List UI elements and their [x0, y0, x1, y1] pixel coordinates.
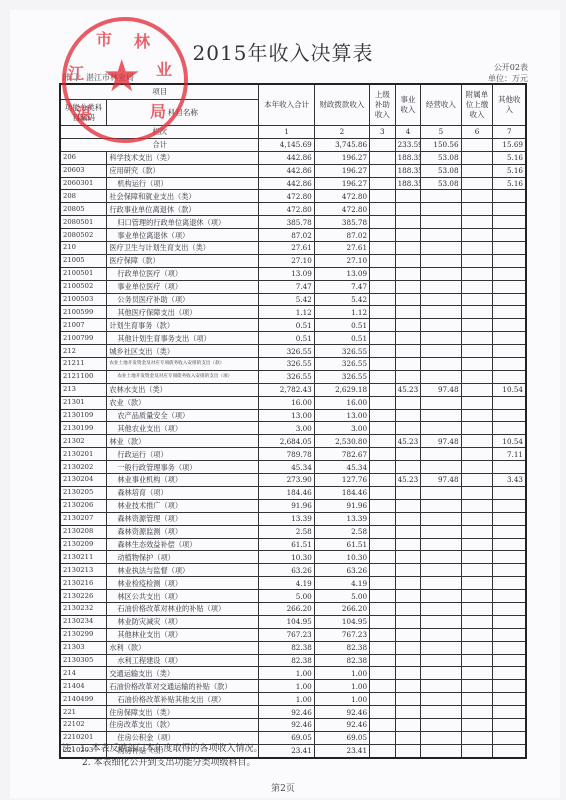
row-value-col4	[395, 590, 421, 603]
row-value-col7	[493, 422, 526, 435]
row-value-col1: 472.80	[259, 190, 314, 203]
row-value-col1: 1.00	[259, 667, 314, 680]
row-value-col5	[421, 203, 461, 216]
column-index-label: 栏次	[60, 126, 259, 139]
row-value-col1: 472.80	[259, 203, 314, 216]
row-code: 2130305	[60, 654, 107, 667]
row-value-col6	[461, 718, 493, 731]
row-value-col4	[395, 280, 421, 293]
table-row: 20603应用研究（款）442.86196.27188.3553.085.16	[60, 164, 526, 177]
table-row: 221住房保障支出（类）92.4692.46	[60, 706, 526, 719]
row-value-col7	[493, 551, 526, 564]
row-value-col5: 53.08	[421, 151, 461, 164]
table-row: 2100502事业单位医疗（项）7.477.47	[60, 280, 526, 293]
row-value-col3	[370, 577, 396, 590]
row-value-col7: 5.16	[493, 151, 526, 164]
row-code: 2100799	[60, 332, 107, 345]
row-value-col7	[493, 641, 526, 654]
row-value-col7	[493, 512, 526, 525]
row-value-col3	[370, 396, 396, 409]
row-value-col6	[461, 319, 493, 332]
row-value-col1: 789.78	[259, 448, 314, 461]
row-value-col4	[395, 345, 421, 358]
total-row: 合计 4,145.69 3,745.86 233.59 150.56 15.69	[60, 138, 526, 151]
row-name: 森林生态效益补偿（项）	[107, 538, 259, 551]
row-value-col2: 27.61	[314, 242, 369, 255]
row-name: 动植物保护（项）	[107, 551, 259, 564]
row-value-col3	[370, 602, 396, 615]
row-value-col3	[370, 383, 396, 396]
row-value-col5	[421, 229, 461, 242]
row-name: 林业检疫检测（项）	[107, 577, 259, 590]
row-code: 2130202	[60, 461, 107, 474]
row-value-col4	[395, 602, 421, 615]
row-code: 210	[60, 242, 107, 255]
row-code: 21301	[60, 396, 107, 409]
row-code: 221	[60, 706, 107, 719]
row-value-col5	[421, 461, 461, 474]
row-value-col3	[370, 345, 396, 358]
row-value-col2: 472.80	[314, 190, 369, 203]
row-value-col4	[395, 680, 421, 693]
row-value-col5	[421, 654, 461, 667]
row-name: 住房改革支出（款）	[107, 718, 259, 731]
row-value-col7	[493, 370, 526, 383]
row-value-col3	[370, 370, 396, 383]
row-value-col6	[461, 306, 493, 319]
row-value-col2: 1.00	[314, 693, 369, 706]
row-value-col1: 82.38	[259, 654, 314, 667]
row-value-col4	[395, 615, 421, 628]
row-value-col4	[395, 229, 421, 242]
row-value-col4: 188.35	[395, 164, 421, 177]
row-value-col7: 3.43	[493, 474, 526, 487]
row-value-col5	[421, 448, 461, 461]
row-value-col6	[461, 358, 493, 371]
row-name: 一般行政管理事务（项）	[107, 461, 259, 474]
row-value-col5	[421, 280, 461, 293]
department-label: 部门：湛江市林业局	[62, 72, 134, 83]
row-value-col3	[370, 706, 396, 719]
table-row: 2100501行政单位医疗（项）13.0913.09	[60, 267, 526, 280]
row-value-col3	[370, 512, 396, 525]
table-row: 2140499石油价格改革补贴其他支出（项）1.001.00	[60, 693, 526, 706]
table-row: 21301农业（款）16.0016.00	[60, 396, 526, 409]
row-code: 2060301	[60, 177, 107, 190]
row-value-col5	[421, 744, 461, 757]
row-value-col1: 2,684.05	[259, 435, 314, 448]
row-value-col4	[395, 306, 421, 319]
form-number: 公开02表	[494, 62, 528, 73]
row-name: 石油价格改革对交通运输的补贴（款）	[107, 680, 259, 693]
row-value-col7	[493, 590, 526, 603]
row-value-col3	[370, 448, 396, 461]
row-code: 2100599	[60, 306, 107, 319]
row-value-col4	[395, 731, 421, 744]
row-value-col1: 0.51	[259, 332, 314, 345]
row-value-col4: 188.35	[395, 151, 421, 164]
row-value-col2: 91.96	[314, 499, 369, 512]
row-value-col5	[421, 667, 461, 680]
row-code: 2080501	[60, 216, 107, 229]
header-col3: 上级补助收入	[370, 84, 396, 126]
row-value-col7	[493, 280, 526, 293]
row-value-col6	[461, 151, 493, 164]
row-value-col1: 442.86	[259, 177, 314, 190]
row-value-col1: 16.00	[259, 396, 314, 409]
row-value-col1: 266.20	[259, 602, 314, 615]
row-code: 2130232	[60, 602, 107, 615]
row-value-col1: 87.02	[259, 229, 314, 242]
row-value-col3	[370, 628, 396, 641]
row-value-col4	[395, 332, 421, 345]
row-name: 林业防灾减灾（项）	[107, 615, 259, 628]
row-value-col1: 1.00	[259, 680, 314, 693]
table-row: 2130305水利工程建设（项）82.3882.38	[60, 654, 526, 667]
row-value-col1: 5.00	[259, 590, 314, 603]
table-row: 208社会保障和就业支出（类）472.80472.80	[60, 190, 526, 203]
row-value-col3	[370, 731, 396, 744]
row-value-col4	[395, 628, 421, 641]
row-value-col5: 53.08	[421, 164, 461, 177]
row-name: 森林培育（项）	[107, 486, 259, 499]
table-row: 2130226林区公共支出（项）5.005.00	[60, 590, 526, 603]
row-value-col6	[461, 590, 493, 603]
header-col6: 附属单位上缴收入	[461, 84, 493, 126]
row-name: 水利（款）	[107, 641, 259, 654]
row-value-col7	[493, 358, 526, 371]
row-value-col3	[370, 499, 396, 512]
row-value-col3	[370, 293, 396, 306]
table-row: 210医疗卫生与计划生育支出（类）27.6127.61	[60, 242, 526, 255]
table-row: 2130232石油价格改革对林业的补贴（项）266.20266.20	[60, 602, 526, 615]
row-value-col5	[421, 319, 461, 332]
row-value-col2: 61.51	[314, 538, 369, 551]
row-value-col2: 2.58	[314, 525, 369, 538]
row-value-col1: 91.96	[259, 499, 314, 512]
row-code: 2130213	[60, 564, 107, 577]
row-code: 2100501	[60, 267, 107, 280]
row-value-col3	[370, 641, 396, 654]
row-value-col2: 45.34	[314, 461, 369, 474]
row-value-col3	[370, 332, 396, 345]
row-value-col1: 326.55	[259, 370, 314, 383]
row-value-col2: 92.46	[314, 718, 369, 731]
row-value-col4	[395, 267, 421, 280]
row-name: 行政运行（项）	[107, 448, 259, 461]
row-value-col6	[461, 654, 493, 667]
row-value-col2: 2,629.18	[314, 383, 369, 396]
row-value-col6	[461, 602, 493, 615]
row-value-col6	[461, 177, 493, 190]
row-value-col3	[370, 718, 396, 731]
page-number: 第2页	[0, 781, 566, 794]
row-value-col6	[461, 538, 493, 551]
table-row: 2100799其他计划生育事务支出（项）0.510.51	[60, 332, 526, 345]
row-value-col4	[395, 370, 421, 383]
row-value-col2: 16.00	[314, 396, 369, 409]
table-row: 2130202一般行政管理事务（项）45.3445.34	[60, 461, 526, 474]
row-value-col3	[370, 242, 396, 255]
row-value-col2: 69.05	[314, 731, 369, 744]
row-value-col6	[461, 203, 493, 216]
row-value-col4	[395, 242, 421, 255]
row-value-col7	[493, 718, 526, 731]
row-name: 其他林业支出（项）	[107, 628, 259, 641]
row-value-col3	[370, 306, 396, 319]
row-value-col7: 10.54	[493, 435, 526, 448]
row-value-col2: 767.23	[314, 628, 369, 641]
row-code: 2130199	[60, 422, 107, 435]
row-value-col4	[395, 693, 421, 706]
row-value-col7: 5.16	[493, 164, 526, 177]
row-code: 20805	[60, 203, 107, 216]
row-value-col7	[493, 564, 526, 577]
header-name: 科目名称	[107, 100, 259, 126]
row-name: 农业土地开发资金及对应专项债务收入安排的支出（项）	[107, 370, 259, 383]
row-value-col3	[370, 151, 396, 164]
row-value-col6	[461, 693, 493, 706]
row-value-col3	[370, 280, 396, 293]
table-row: 2130216林业检疫检测（项）4.194.19	[60, 577, 526, 590]
row-code: 2100503	[60, 293, 107, 306]
header-col7: 其他收入	[493, 84, 526, 126]
row-code: 2121100	[60, 370, 107, 383]
row-value-col5	[421, 332, 461, 345]
row-value-col1: 767.23	[259, 628, 314, 641]
row-value-col2: 5.42	[314, 293, 369, 306]
total-value: 4,145.69	[259, 138, 314, 151]
table-row: 2060301机构运行（项）442.86196.27188.3553.085.1…	[60, 177, 526, 190]
table-row: 206科学技术支出（类）442.86196.27188.3553.085.16	[60, 151, 526, 164]
row-value-col4	[395, 254, 421, 267]
row-value-col6	[461, 345, 493, 358]
row-value-col5: 53.08	[421, 177, 461, 190]
row-value-col3	[370, 486, 396, 499]
row-value-col2: 104.95	[314, 615, 369, 628]
row-value-col5	[421, 216, 461, 229]
row-code: 21404	[60, 680, 107, 693]
row-value-col7	[493, 216, 526, 229]
row-value-col6	[461, 229, 493, 242]
row-name: 行政单位医疗（项）	[107, 267, 259, 280]
row-value-col4	[395, 718, 421, 731]
row-value-col6	[461, 512, 493, 525]
row-value-col4	[395, 409, 421, 422]
row-value-col7	[493, 680, 526, 693]
row-value-col5	[421, 718, 461, 731]
row-value-col5	[421, 680, 461, 693]
table-row: 2100503公务员医疗补助（项）5.425.42	[60, 293, 526, 306]
row-value-col7	[493, 203, 526, 216]
table-row: 21211农业土地开发资金及对应专项债务收入安排的支出（款）326.55326.…	[60, 358, 526, 371]
row-value-col2: 13.39	[314, 512, 369, 525]
total-value	[461, 138, 493, 151]
row-value-col4: 188.35	[395, 177, 421, 190]
row-value-col6	[461, 396, 493, 409]
row-value-col2: 326.55	[314, 345, 369, 358]
row-name: 其他计划生育事务支出（项）	[107, 332, 259, 345]
row-value-col4	[395, 319, 421, 332]
row-code: 21303	[60, 641, 107, 654]
table-row: 22102住房改革支出（款）92.4692.46	[60, 718, 526, 731]
row-value-col3	[370, 229, 396, 242]
column-index: 2	[314, 126, 369, 139]
row-name: 社会保障和就业支出（类）	[107, 190, 259, 203]
row-value-col3	[370, 267, 396, 280]
row-value-col3	[370, 216, 396, 229]
row-value-col2: 0.51	[314, 319, 369, 332]
row-value-col3	[370, 525, 396, 538]
row-value-col3	[370, 474, 396, 487]
table-row: 2130204林业事业机构（项）273.90127.7645.2397.483.…	[60, 474, 526, 487]
row-value-col6	[461, 667, 493, 680]
row-value-col2: 196.27	[314, 177, 369, 190]
total-value: 15.69	[493, 138, 526, 151]
header-code: 功能分类科目编码	[60, 100, 107, 126]
row-value-col1: 2,782.43	[259, 383, 314, 396]
row-value-col1: 442.86	[259, 151, 314, 164]
row-value-col1: 2.58	[259, 525, 314, 538]
row-value-col1: 10.30	[259, 551, 314, 564]
row-value-col7	[493, 654, 526, 667]
row-value-col3	[370, 744, 396, 757]
row-value-col1: 63.26	[259, 564, 314, 577]
row-value-col4	[395, 551, 421, 564]
row-value-col7	[493, 693, 526, 706]
column-index: 7	[493, 126, 526, 139]
row-name: 行政事业单位离退休（款）	[107, 203, 259, 216]
row-value-col4	[395, 203, 421, 216]
row-value-col2: 82.38	[314, 641, 369, 654]
row-value-col7	[493, 744, 526, 757]
row-name: 计划生育事务（款）	[107, 319, 259, 332]
row-value-col7	[493, 332, 526, 345]
header-col4: 事业收入	[395, 84, 421, 126]
row-value-col2: 1.12	[314, 306, 369, 319]
row-name: 归口管理的行政单位离退休（项）	[107, 216, 259, 229]
row-value-col5	[421, 538, 461, 551]
row-value-col6	[461, 242, 493, 255]
row-value-col6	[461, 435, 493, 448]
row-name: 森林资源监测（项）	[107, 525, 259, 538]
row-value-col6	[461, 164, 493, 177]
row-code: 212	[60, 345, 107, 358]
row-value-col7	[493, 306, 526, 319]
table-row: 21302林业（款）2,684.052,530.8045.2397.4810.5…	[60, 435, 526, 448]
row-name: 水利工程建设（项）	[107, 654, 259, 667]
row-value-col2: 196.27	[314, 151, 369, 164]
row-value-col6	[461, 280, 493, 293]
row-value-col7	[493, 731, 526, 744]
table-row: 21005医疗保障（款）27.1027.10	[60, 254, 526, 267]
row-value-col6	[461, 409, 493, 422]
table-row: 213农林水支出（类）2,782.432,629.1845.2397.4810.…	[60, 383, 526, 396]
table-row: 20805行政事业单位离退休（款）472.80472.80	[60, 203, 526, 216]
row-code: 2130204	[60, 474, 107, 487]
row-value-col4	[395, 641, 421, 654]
row-value-col5	[421, 358, 461, 371]
row-value-col4	[395, 512, 421, 525]
row-code: 2080502	[60, 229, 107, 242]
row-value-col4	[395, 499, 421, 512]
row-value-col2: 87.02	[314, 229, 369, 242]
row-value-col2: 0.51	[314, 332, 369, 345]
row-name: 机构运行（项）	[107, 177, 259, 190]
row-value-col1: 442.86	[259, 164, 314, 177]
row-code: 2130207	[60, 512, 107, 525]
row-value-col2: 1.00	[314, 667, 369, 680]
row-value-col1: 7.47	[259, 280, 314, 293]
row-value-col5	[421, 628, 461, 641]
table-row: 2130299其他林业支出（项）767.23767.23	[60, 628, 526, 641]
row-name: 林业事业机构（项）	[107, 474, 259, 487]
table-row: 2130207森林资源管理（项）13.3913.39	[60, 512, 526, 525]
row-value-col5	[421, 306, 461, 319]
row-value-col1: 326.55	[259, 345, 314, 358]
table-row: 2130109农产品质量安全（项）13.0013.00	[60, 409, 526, 422]
row-value-col2: 10.30	[314, 551, 369, 564]
row-value-col7	[493, 461, 526, 474]
row-value-col7	[493, 254, 526, 267]
row-value-col1: 385.78	[259, 216, 314, 229]
row-value-col7: 5.16	[493, 177, 526, 190]
row-value-col2: 196.27	[314, 164, 369, 177]
row-value-col5	[421, 422, 461, 435]
row-value-col5	[421, 512, 461, 525]
row-value-col5	[421, 602, 461, 615]
row-value-col5	[421, 525, 461, 538]
row-value-col3	[370, 615, 396, 628]
row-value-col1: 273.90	[259, 474, 314, 487]
table-row: 2130205森林培育（项）184.46184.46	[60, 486, 526, 499]
row-value-col7	[493, 706, 526, 719]
row-value-col7	[493, 242, 526, 255]
column-index: 6	[461, 126, 493, 139]
row-value-col4	[395, 461, 421, 474]
row-value-col7	[493, 538, 526, 551]
row-name: 森林资源管理（项）	[107, 512, 259, 525]
row-name: 石油价格改革补贴其他支出（项）	[107, 693, 259, 706]
row-value-col5	[421, 345, 461, 358]
row-name: 农业土地开发资金及对应专项债务收入安排的支出（款）	[107, 358, 259, 371]
row-value-col3	[370, 409, 396, 422]
row-value-col3	[370, 203, 396, 216]
row-value-col6	[461, 486, 493, 499]
row-value-col5: 97.48	[421, 383, 461, 396]
row-code: 20603	[60, 164, 107, 177]
row-value-col1: 13.39	[259, 512, 314, 525]
row-code: 2130211	[60, 551, 107, 564]
header-item: 项目	[60, 84, 259, 100]
row-value-col4: 45.23	[395, 383, 421, 396]
table-row: 214交通运输支出（类）1.001.00	[60, 667, 526, 680]
table-row: 2100599其他医疗保障支出（项）1.121.12	[60, 306, 526, 319]
row-value-col2: 385.78	[314, 216, 369, 229]
row-value-col2: 13.09	[314, 267, 369, 280]
row-value-col5	[421, 641, 461, 654]
row-value-col3	[370, 564, 396, 577]
row-code: 22102	[60, 718, 107, 731]
row-value-col2: 23.41	[314, 744, 369, 757]
row-code: 2100502	[60, 280, 107, 293]
row-value-col6	[461, 680, 493, 693]
row-value-col6	[461, 267, 493, 280]
row-value-col3	[370, 435, 396, 448]
row-value-col1: 27.61	[259, 242, 314, 255]
row-value-col6	[461, 370, 493, 383]
row-value-col5	[421, 693, 461, 706]
